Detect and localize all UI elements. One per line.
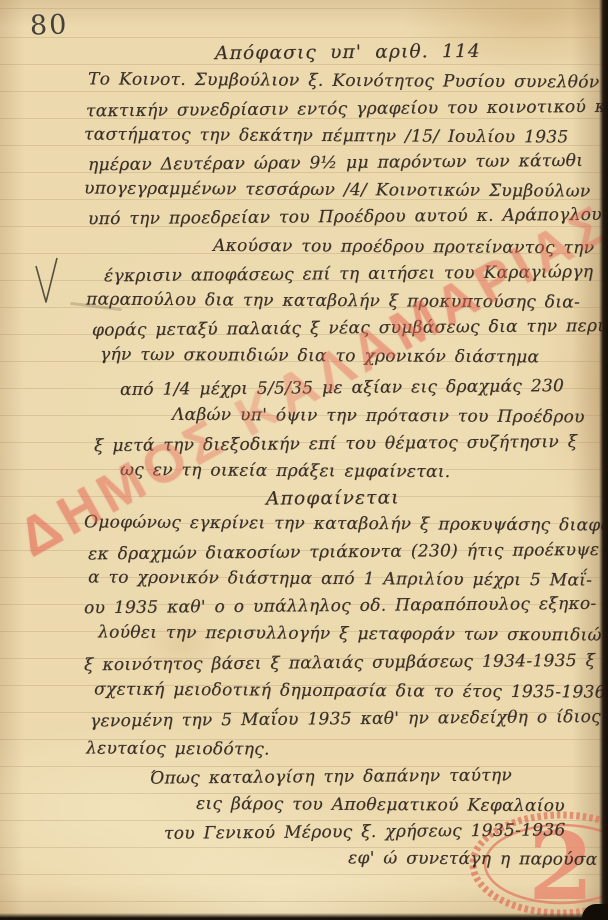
manuscript-line: παραπούλου δια την καταβολήν ξ προκυπτού… — [86, 289, 580, 312]
manuscript-line: φοράς μεταξύ παλαιάς ξ νέας συμβάσεως δι… — [92, 315, 608, 340]
scanned-manuscript-page: 80 2 Απόφασις υπ' αριθ. 114 Το Κοινοτ. Σ… — [0, 0, 608, 920]
manuscript-line: ξ μετά την διεξοδικήν επί του θέματος συ… — [94, 432, 577, 456]
manuscript-line: ταστήματος την δεκάτην πέμπτην /15/ Ιουλ… — [84, 125, 569, 148]
handwritten-text: Απόφασις υπ' αριθ. 114 Το Κοινοτ. Συμβού… — [0, 0, 608, 920]
manuscript-line: ξ κοινότητος βάσει ξ παλαιάς συμβάσεως 1… — [84, 651, 595, 675]
manuscript-line: λευταίος μειοδότης. — [86, 738, 270, 759]
manuscript-line: α το χρονικόν διάστημα από 1 Απριλίου μέ… — [88, 567, 592, 590]
manuscript-line: ως εν τη οικεία πράξει εμφαίνεται. — [120, 460, 451, 482]
manuscript-line: Λαβών υπ' όψιν την πρότασιν του Προέδρου — [172, 405, 585, 428]
manuscript-line: ου 1935 καθ' ο ο υπάλληλος οδ. Παραπόπου… — [84, 594, 597, 618]
manuscript-line: σχετική μειοδοτική δημοπρασία δια το έτο… — [94, 679, 606, 702]
scan-edge-bottom — [0, 913, 608, 920]
manuscript-line: εις βάρος του Αποθεματικού Κεφαλαίου — [196, 794, 565, 816]
manuscript-line: γήν των σκουπιδιών δια το χρονικόν διάστ… — [100, 345, 539, 368]
manuscript-line: Το Κοινοτ. Συμβούλιον ξ. Κοινότητος Ρυσί… — [88, 69, 608, 92]
manuscript-line: από 1/4 μέχρι 5/5/35 με αξίαν εις δραχμά… — [120, 376, 564, 400]
manuscript-line: εφ' ώ συνετάγη η παρούσα — [348, 848, 598, 870]
scan-edge-corner — [582, 904, 608, 920]
manuscript-line: έγκρισιν αποφάσεως επί τη αιτήσει του Κα… — [104, 262, 608, 287]
manuscript-line: λούθει την περισυλλογήν ξ μεταφοράν των … — [98, 622, 608, 645]
manuscript-line: Ακούσαν του προέδρου προτείναντος την — [213, 236, 594, 258]
verdict-heading: Αποφαίνεται — [266, 487, 400, 509]
manuscript-line: Όπως καταλογίση την δαπάνην ταύτην — [150, 765, 512, 788]
decision-title: Απόφασις υπ' αριθ. 114 — [215, 41, 481, 64]
scan-edge-right — [599, 0, 608, 920]
manuscript-line: υπό την προεδρείαν του Προέδρου αυτού κ.… — [88, 205, 602, 229]
manuscript-line: τακτικήν συνεδρίασιν εντός γραφείου του … — [86, 97, 608, 122]
manuscript-line: γενομένη την 5 Μαΐου 1935 καθ' ην ανεδεί… — [90, 707, 608, 732]
manuscript-line: εκ δραχμών διακοσίων τριάκοντα (230) ήτι… — [88, 540, 608, 565]
manuscript-line: υπογεγραμμένων τεσσάρων /4/ Κοινοτικών Σ… — [84, 178, 591, 201]
manuscript-line: ημέραν Δευτέραν ώραν 9½ μμ παρόντων των … — [88, 151, 583, 175]
manuscript-line: του Γενικού Μέρους ξ. χρήσεως 1935-1936 — [164, 820, 566, 844]
manuscript-line: Ομοφώνως εγκρίνει την καταβολήν ξ προκυψ… — [84, 512, 608, 535]
